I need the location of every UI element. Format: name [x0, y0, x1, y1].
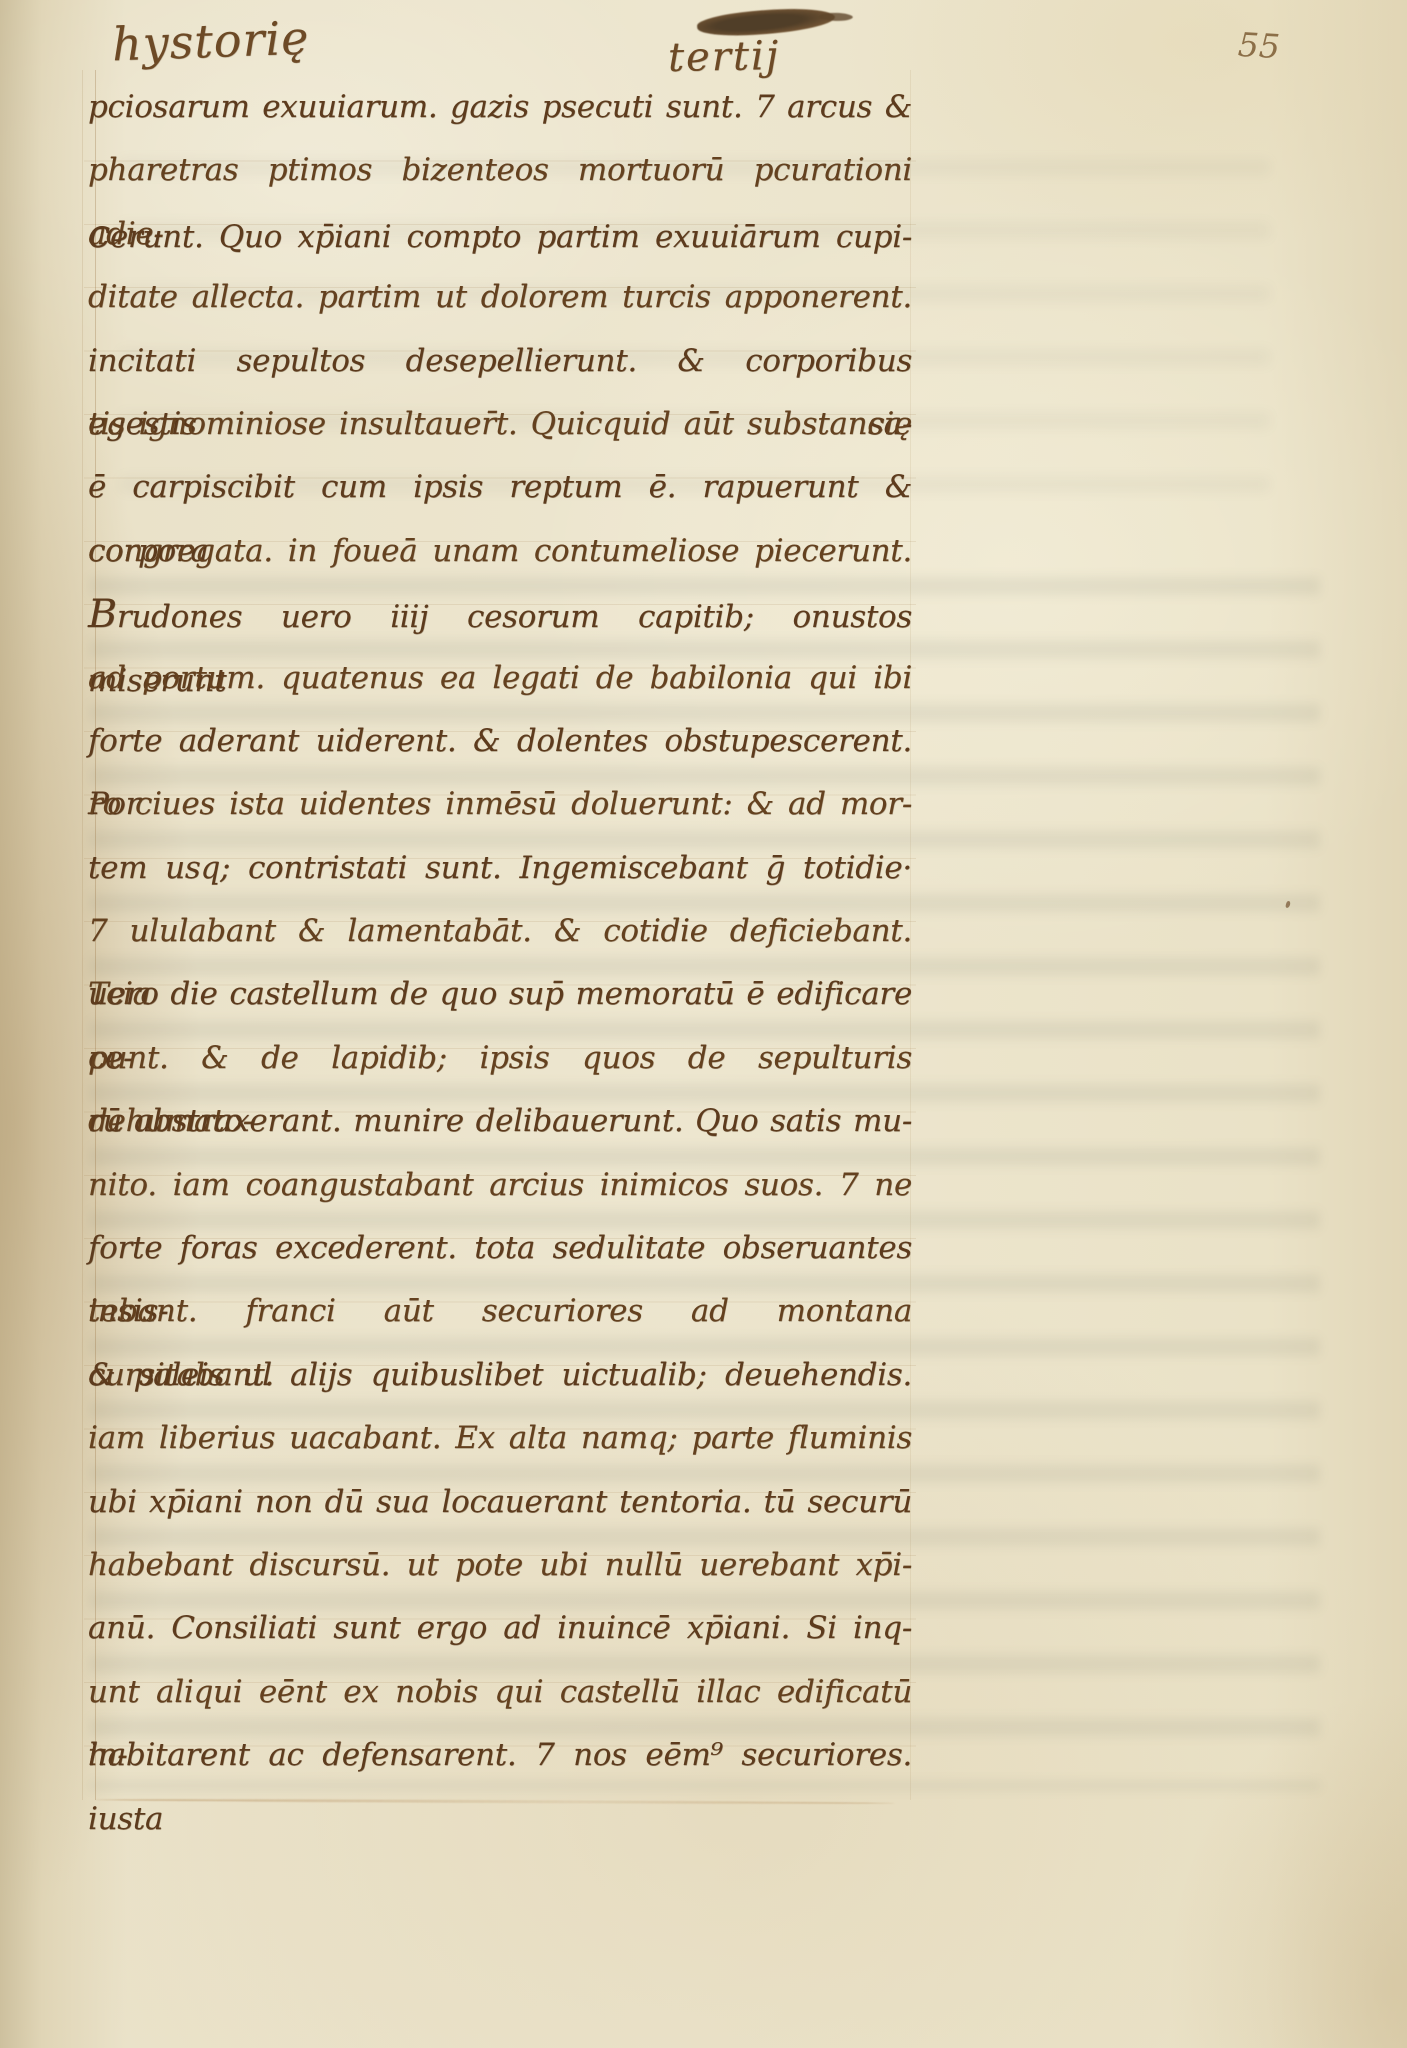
- text-line: ē carpiscibit cum ipsis reptum ē. rapuer…: [88, 456, 912, 519]
- left-ruling-line-outer: [82, 70, 83, 1800]
- text-line: Brudones uero iiij cesorum capitib; onus…: [88, 583, 912, 646]
- text-line: forte aderant uiderent. & dolentes obstu…: [88, 710, 912, 773]
- running-title-left: hystorię: [111, 11, 310, 72]
- text-line: ubi xp̄iani non dū sua locauerant tentor…: [88, 1471, 912, 1534]
- text-line: cerunt. Quo xp̄iani compto partim exuuiā…: [88, 203, 912, 266]
- text-line: tem usq; contristati sunt. Ingemiscebant…: [88, 837, 912, 900]
- text-line: tis ignominiose insultauer̄t. Quicquid a…: [88, 393, 912, 456]
- text-line: tebant. franci aūt securiores ad montana…: [88, 1280, 912, 1343]
- text-line: ditate allecta. partim ut dolorem turcis…: [88, 266, 912, 329]
- text-line: pharetras ptimos bizenteos mortuorū pcur…: [88, 139, 912, 202]
- text-line: punt. & de lapidib; ipsis quos de sepult…: [88, 1027, 912, 1090]
- text-line: pciosarum exuuiarum. gazis psecuti sunt.…: [88, 76, 912, 139]
- text-line: forte foras excederent. tota sedulitate …: [88, 1217, 912, 1280]
- text-line: ad portum. quatenus ea legati de babilon…: [88, 647, 912, 710]
- ink-speck: [1285, 901, 1291, 909]
- ruling-flourish: [95, 1798, 895, 1804]
- text-line: & paleis ul alijs quibuslibet uictualib;…: [88, 1344, 912, 1407]
- text-line: rū abstraxerant. munire delibauerunt. Qu…: [88, 1090, 912, 1153]
- text-block: pciosarum exuuiarum. gazis psecuti sunt.…: [88, 76, 912, 1788]
- text-line: 7 ululabant & lamentabāt. & cotidie defi…: [88, 900, 912, 963]
- text-line: uero die castellum de quo sup̄ memoratū …: [88, 963, 912, 1026]
- text-line: habitarent ac defensarent. 7 nos eēm⁹ se…: [88, 1724, 912, 1787]
- text-line: habebant discursū. ut pote ubi nullū uer…: [88, 1534, 912, 1597]
- text-line: anū. Consiliati sunt ergo ad inuincē xp̄…: [88, 1597, 912, 1660]
- text-line: ro ciues ista uidentes inmēsū doluerunt:…: [88, 773, 912, 836]
- text-line: nito. iam coangustabant arcius inimicos …: [88, 1154, 912, 1217]
- text-line: unt aliqui eēnt ex nobis qui castellū il…: [88, 1661, 912, 1724]
- running-title-center: tertij: [668, 33, 781, 81]
- manuscript-page: hystorię tertij 55 pciosarum exuuiarum. …: [0, 0, 1407, 2048]
- text-line: incitati sepultos desepellierunt. & corp…: [88, 330, 912, 393]
- page-number: 55: [1237, 25, 1281, 66]
- text-line: iam liberius uacabant. Ex alta namq; par…: [88, 1407, 912, 1470]
- text-line: congregata. in foueā unam contumeliose p…: [88, 520, 912, 583]
